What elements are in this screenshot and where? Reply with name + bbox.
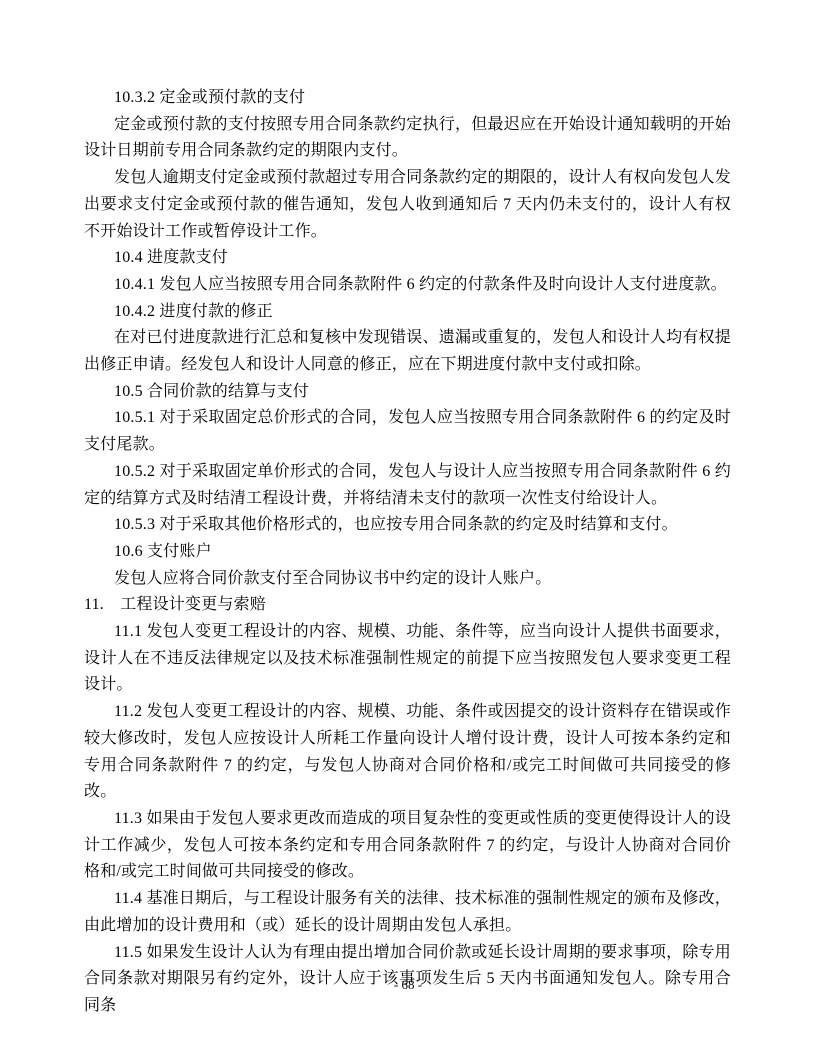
clause-paragraph: 11.1 发包人变更工程设计的内容、规模、功能、条件等，应当向设计人提供书面要求… [84,619,731,699]
clause-paragraph: 发包人应将合同价款支付至合同协议书中约定的设计人账户。 [84,566,731,593]
clause-paragraph: 定金或预付款的支付按照专用合同条款约定执行，但最迟应在开始设计通知载明的开始设计… [84,112,731,165]
document-page: 10.3.2 定金或预付款的支付定金或预付款的支付按照专用合同条款约定执行，但最… [0,0,816,1056]
page-footer: - 68 - [0,977,816,993]
clause-paragraph: 10.5.3 对于采取其他价格形式的，也应按专用合同条款的约定及时结算和支付。 [84,512,731,539]
clause-heading-10-5: 10.5 合同价款的结算与支付 [84,379,731,406]
clause-paragraph: 11.2 发包人变更工程设计的内容、规模、功能、条件或因提交的设计资料存在错误或… [84,699,731,806]
clause-paragraph: 11.4 基准日期后，与工程设计服务有关的法律、技术标准的强制性规定的颁布及修改… [84,886,731,939]
clause-heading-10-4: 10.4 进度款支付 [84,245,731,272]
chapter-heading-11: 11. 工程设计变更与索赔 [84,592,731,619]
clause-paragraph: 10.5.2 对于采取固定单价形式的合同，发包人与设计人应当按照专用合同条款附件… [84,459,731,512]
clause-paragraph: 在对已付进度款进行汇总和复核中发现错误、遗漏或重复的，发包人和设计人均有权提出修… [84,325,731,378]
document-body: 10.3.2 定金或预付款的支付定金或预付款的支付按照专用合同条款约定执行，但最… [84,85,731,1020]
clause-paragraph: 10.4.1 发包人应当按照专用合同条款附件 6 约定的付款条件及时向设计人支付… [84,272,731,299]
clause-heading-10-4-2: 10.4.2 进度付款的修正 [84,299,731,326]
clause-paragraph: 发包人逾期支付定金或预付款超过专用合同条款约定的期限的，设计人有权向发包人发出要… [84,165,731,245]
page-number: - 68 - [394,977,422,992]
clause-heading-10-3-2: 10.3.2 定金或预付款的支付 [84,85,731,112]
clause-paragraph: 10.5.1 对于采取固定总价形式的合同，发包人应当按照专用合同条款附件 6 的… [84,405,731,458]
clause-heading-10-6: 10.6 支付账户 [84,539,731,566]
clause-paragraph: 11.3 如果由于发包人要求更改而造成的项目复杂性的变更或性质的变更使得设计人的… [84,806,731,886]
